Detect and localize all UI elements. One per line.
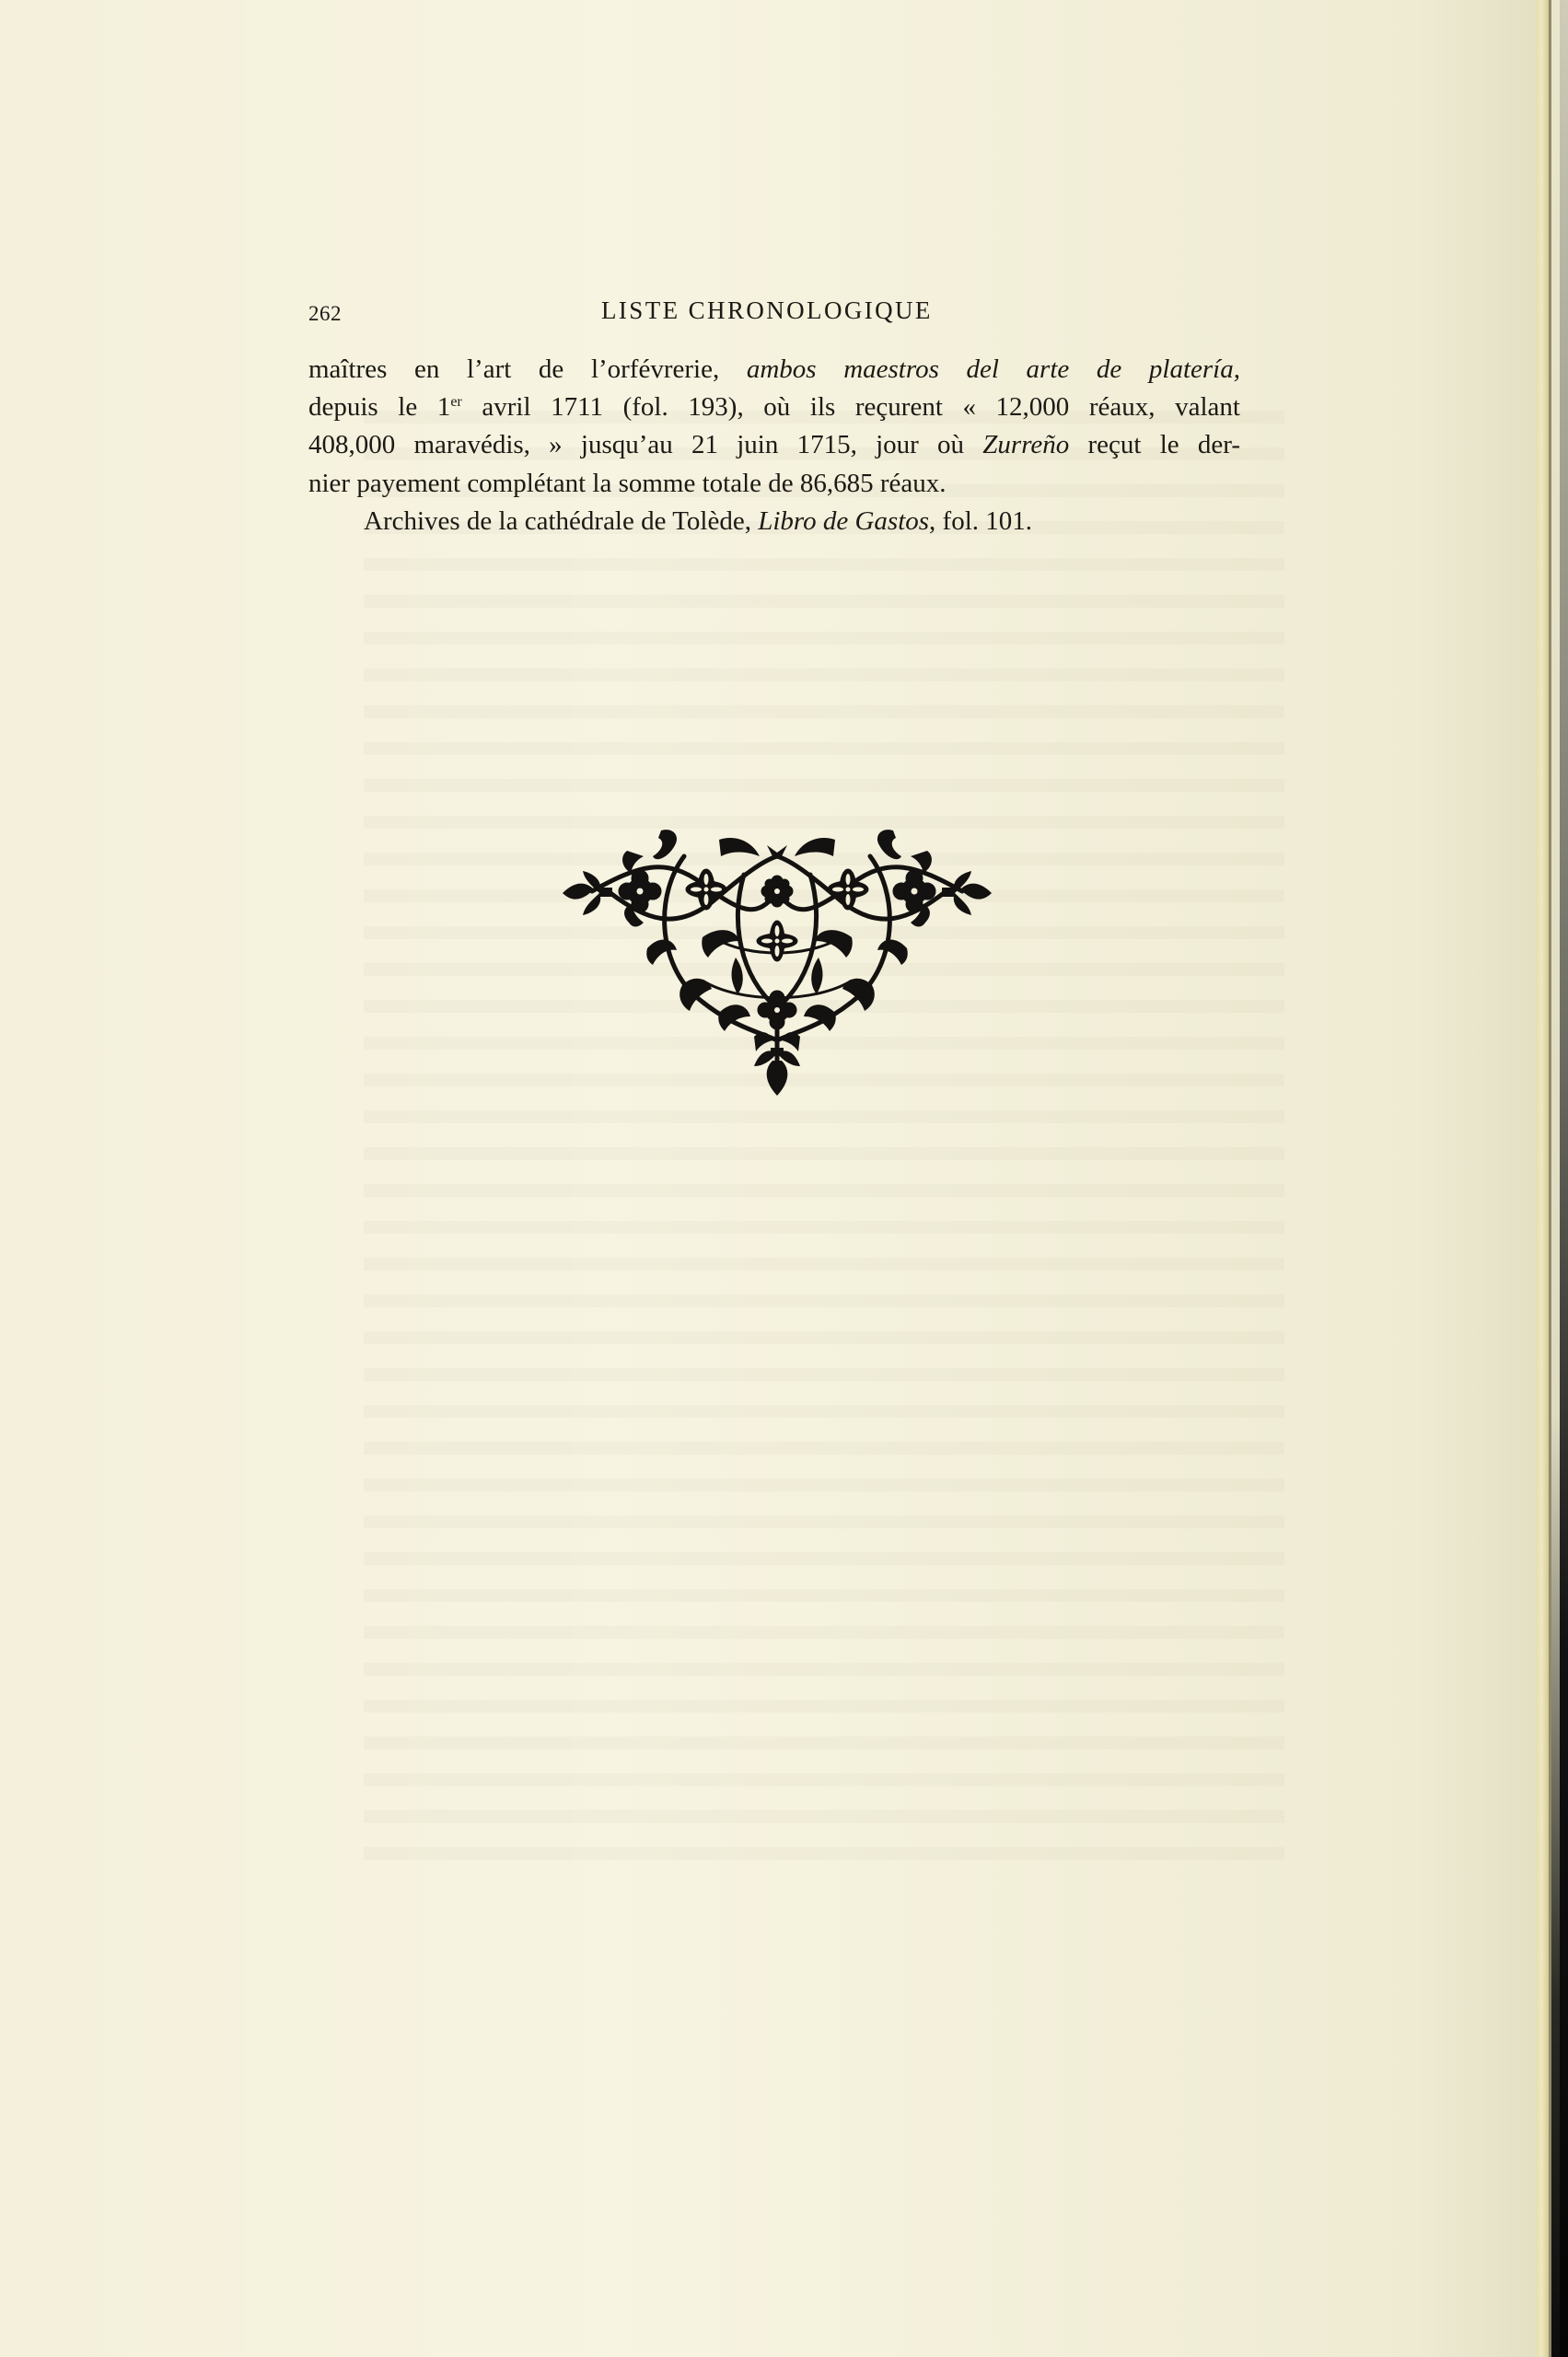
arabesque-ornament-icon	[555, 819, 999, 1097]
text-line-1: maîtres en l’art de l’orfévrerie, ambos …	[308, 351, 1240, 389]
line3-italic: Zurreño	[982, 430, 1069, 459]
line1-italic: ambos maestros del arte de platería,	[747, 354, 1240, 384]
book-page: 262 LISTE CHRONOLOGIQUE maîtres en l’art…	[0, 0, 1539, 2357]
text-line-3: 408,000 maravédis, » jusqu’au 21 juin 17…	[308, 426, 1240, 464]
text-line-4: nier payement complétant la somme totale…	[308, 465, 1240, 503]
line2-after-sup: avril 1711 (fol. 193), où ils reçurent «…	[462, 392, 1240, 422]
source-after-italic: , fol. 101.	[929, 506, 1032, 536]
line3-after-italic: reçut le der-	[1069, 430, 1240, 459]
running-head: 262 LISTE CHRONOLOGIQUE	[308, 296, 1240, 330]
line2-superscript: er	[450, 394, 461, 410]
bleed-through-texture	[364, 387, 1284, 1860]
text-line-2: depuis le 1er avril 1711 (fol. 193), où …	[308, 389, 1240, 426]
page-number: 262	[308, 302, 342, 326]
line2-before-sup: depuis le 1	[308, 392, 450, 422]
scan-border	[1560, 0, 1568, 2357]
line1-roman: maîtres en l’art de l’orfévrerie,	[308, 354, 747, 384]
source-italic: Libro de Gastos	[758, 506, 929, 536]
source-note: Archives de la cathédrale de Tolède, Lib…	[308, 503, 1240, 540]
source-before-italic: Archives de la cathédrale de Tolède,	[364, 506, 758, 536]
page-edge-strip	[1536, 0, 1549, 2357]
binding-edge	[1551, 0, 1560, 2357]
running-title: LISTE CHRONOLOGIQUE	[601, 296, 933, 325]
body-paragraph: maîtres en l’art de l’orfévrerie, ambos …	[308, 351, 1240, 540]
line3-before-italic: 408,000 maravédis, » jusqu’au 21 juin 17…	[308, 430, 982, 459]
